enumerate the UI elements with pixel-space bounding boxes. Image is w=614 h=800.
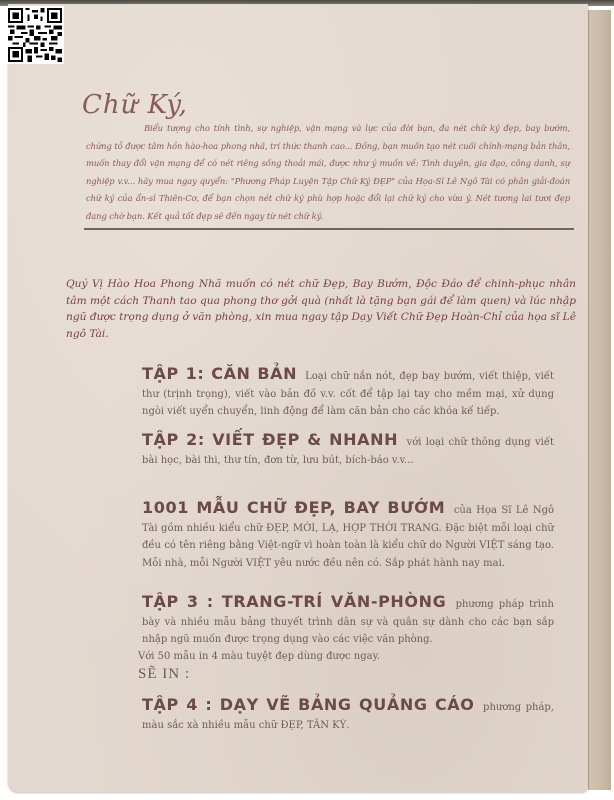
section-divider (84, 228, 574, 230)
qr-code-graphic (8, 8, 62, 62)
qr-code-icon[interactable] (6, 6, 64, 64)
section-tap-1-text: TẬP 1: CĂN BẢN Loại chữ nắn nót, đẹp bay… (96, 366, 554, 421)
section-tap-4: TẬP 4 : DẠY VẼ BẢNG QUẢNG CÁO phương phá… (96, 697, 554, 734)
section-1001-mau-heading: 1001 MẪU CHỮ ĐẸP, BAY BƯỚM (142, 498, 445, 517)
section-tap-3-note: Với 50 mẫu in 4 màu tuyệt đẹp dùng được … (96, 649, 554, 666)
section-tap-3: TẬP 3 : TRANG-TRÍ VĂN-PHÒNG phương pháp … (96, 594, 554, 665)
script-intro-paragraph: Quý Vị Hào Hoa Phong Nhã muốn có nét chữ… (66, 276, 576, 342)
section-1001-mau-text: 1001 MẪU CHỮ ĐẸP, BAY BƯỚM của Họa Sĩ Lê… (96, 500, 554, 572)
page-edge-strip (588, 10, 611, 790)
signature-title: Chữ Ký, (82, 90, 188, 120)
section-tap-3-heading: TẬP 3 : TRANG-TRÍ VĂN-PHÒNG (142, 592, 446, 611)
section-tap-1: TẬP 1: CĂN BẢN Loại chữ nắn nót, đẹp bay… (96, 366, 554, 421)
section-1001-mau: 1001 MẪU CHỮ ĐẸP, BAY BƯỚM của Họa Sĩ Lê… (96, 500, 554, 572)
signature-body: Biểu tượng cho tính tình, sự nghiệp, vận… (86, 120, 570, 225)
section-tap-2-text: TẬP 2: VIẾT ĐẸP & NHANH với loại chữ thô… (96, 432, 554, 469)
section-tap-4-heading: TẬP 4 : DẠY VẼ BẢNG QUẢNG CÁO (142, 695, 475, 714)
coming-soon-label: SẼ IN : (138, 666, 190, 683)
section-tap-3-text: TẬP 3 : TRANG-TRÍ VĂN-PHÒNG phương pháp … (96, 594, 554, 649)
section-tap-1-heading: TẬP 1: CĂN BẢN (142, 364, 297, 383)
section-tap-4-text: TẬP 4 : DẠY VẼ BẢNG QUẢNG CÁO phương phá… (96, 697, 554, 734)
section-tap-2-heading: TẬP 2: VIẾT ĐẸP & NHANH (142, 430, 398, 449)
section-tap-2: TẬP 2: VIẾT ĐẸP & NHANH với loại chữ thô… (96, 432, 554, 469)
